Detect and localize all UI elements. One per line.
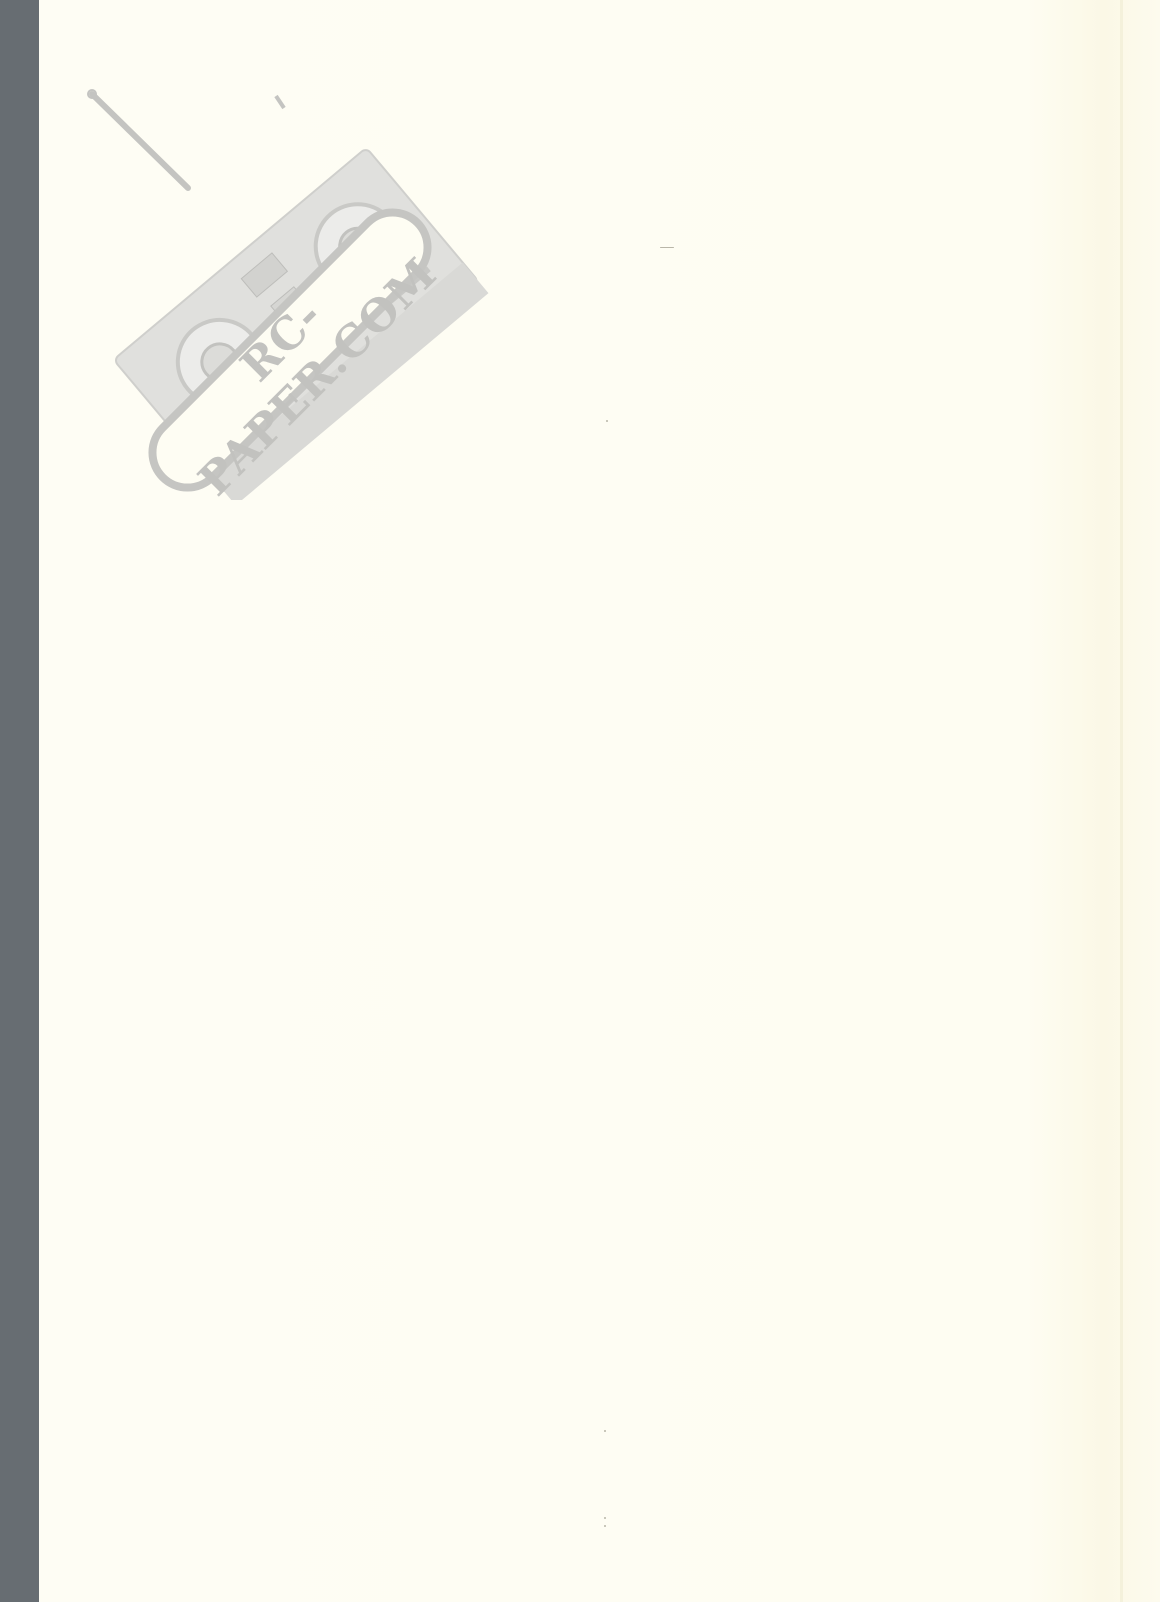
binding-strip bbox=[0, 0, 39, 1602]
scan-speck bbox=[604, 1430, 606, 1432]
scan-speck bbox=[660, 247, 674, 248]
paper-crease bbox=[1120, 0, 1123, 1602]
scan-speck bbox=[604, 1525, 606, 1527]
watermark-logo: RC-PAPER.COM bbox=[80, 80, 500, 500]
scan-speck bbox=[604, 1517, 606, 1519]
scan-speck bbox=[606, 420, 608, 422]
